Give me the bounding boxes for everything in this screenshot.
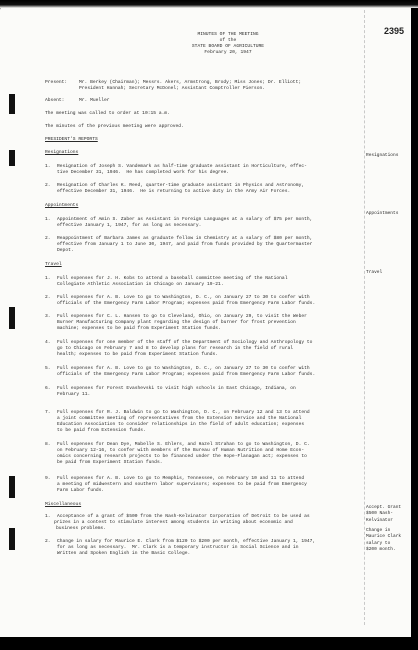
resignations-heading: Resignations: [45, 150, 78, 157]
appointments-heading: Appointments: [45, 203, 78, 210]
travel-heading: Travel: [45, 262, 62, 269]
section-title: PRESIDENT'S REPORTS: [45, 137, 98, 144]
call-to-order: The meeting was called to order at 10:15…: [45, 111, 170, 118]
list-item-line: Farm Labor funds.: [57, 488, 104, 495]
margin-rule: [364, 10, 365, 625]
margin-note-resignations: Resignations: [366, 153, 398, 159]
margin-note-appointments: Appointments: [366, 211, 398, 217]
list-item-line: effective January 1, 1947, for as long a…: [57, 223, 201, 230]
binder-mark: [9, 150, 15, 166]
minutes-approved: The minutes of the previous meeting were…: [45, 124, 184, 131]
meeting-date: February 20, 1947: [128, 50, 328, 57]
list-item-line: health; expenses to be paid from Experim…: [57, 352, 218, 359]
page-number: 2395: [384, 26, 404, 36]
margin-note-travel: Travel: [366, 270, 382, 276]
present-list: President Hannah; Secretary McDonel; Ass…: [79, 86, 265, 93]
list-item-line: machine; expenses to be paid from Experi…: [57, 326, 221, 333]
absent-label: Absent:: [45, 98, 64, 105]
list-item-line: tive December 31, 1946. He has completed…: [57, 170, 229, 177]
binder-mark: [9, 476, 15, 498]
margin-note-salary: Change inMaurice Clarksalary to$200 mont…: [366, 528, 401, 553]
list-item-line: Depot.: [57, 248, 74, 255]
scan-top-edge: [0, 0, 418, 8]
list-item-line: February 11.: [57, 392, 90, 399]
list-item-line: Written and Spoken English in the Basic …: [57, 551, 190, 558]
margin-note-grant: Accept. Grant$500 Nash-Kelvinator: [366, 505, 401, 524]
list-item-line: Collegiate Athletic Association in Chica…: [57, 282, 224, 289]
list-item-line: effective December 31, 1946. He is retur…: [57, 189, 290, 196]
present-label: Present:: [45, 80, 67, 87]
list-item-line: business problems.: [56, 526, 106, 533]
list-item-line: officials of the Emergency Farm Labor Pr…: [57, 301, 315, 308]
list-item-line: officials of the Emergency Farm Labor Pr…: [57, 372, 315, 379]
list-item-line: to be paid from Extension funds.: [57, 428, 146, 435]
miscellaneous-heading: Miscellaneous: [45, 502, 81, 509]
binder-mark: [9, 307, 15, 329]
list-item-line: effective from January 1 to June 30, 194…: [57, 242, 312, 249]
binder-mark: [9, 528, 15, 550]
absent-value: Mr. Mueller: [79, 98, 110, 105]
list-item-line: be paid from Experiment Station funds.: [57, 460, 163, 467]
binder-mark: [9, 94, 15, 114]
